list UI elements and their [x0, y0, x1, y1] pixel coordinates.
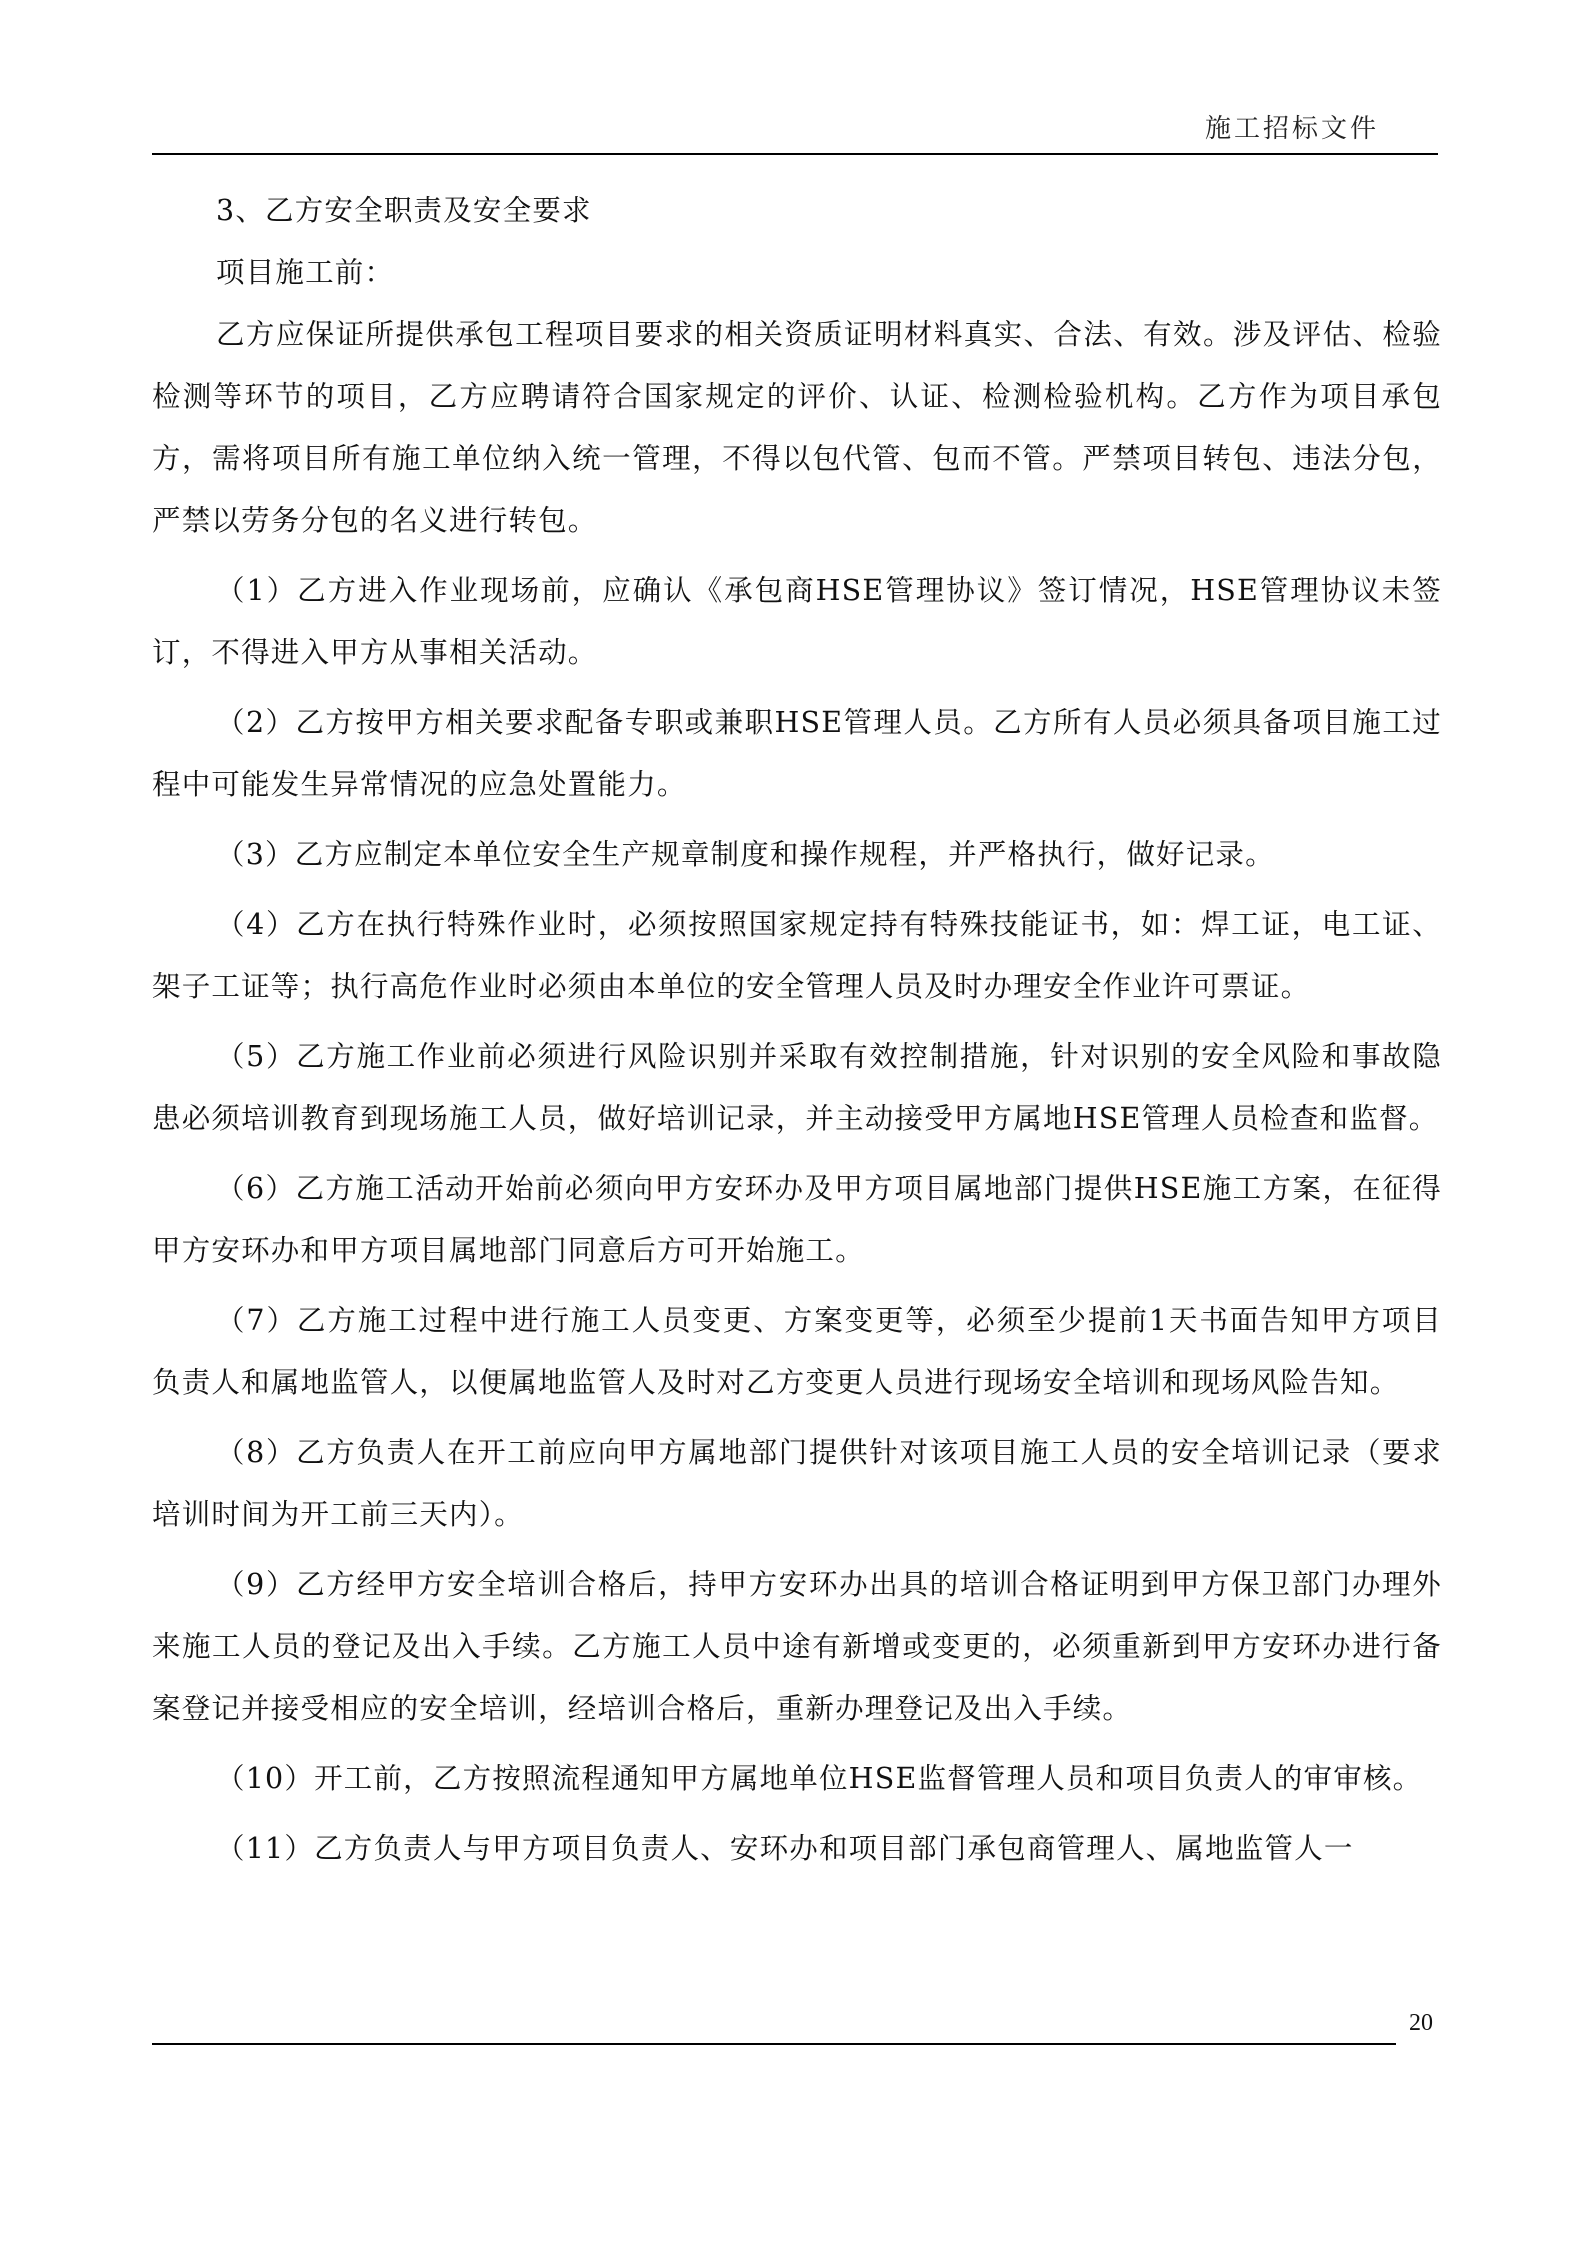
list-item: （8）乙方负责人在开工前应向甲方属地部门提供针对该项目施工人员的安全培训记录（要… — [152, 1422, 1442, 1546]
list-item: （11）乙方负责人与甲方项目负责人、安环办和项目部门承包商管理人、属地监管人一 — [152, 1818, 1442, 1880]
list-item: （2）乙方按甲方相关要求配备专职或兼职HSE管理人员。乙方所有人员必须具备项目施… — [152, 692, 1442, 816]
list-item: （5）乙方施工作业前必须进行风险识别并采取有效控制措施，针对识别的安全风险和事故… — [152, 1026, 1442, 1150]
list-item: （6）乙方施工活动开始前必须向甲方安环办及甲方项目属地部门提供HSE施工方案，在… — [152, 1158, 1442, 1282]
list-item: （4）乙方在执行特殊作业时，必须按照国家规定持有特殊技能证书，如：焊工证，电工证… — [152, 894, 1442, 1018]
list-item: （1）乙方进入作业现场前，应确认《承包商HSE管理协议》签订情况，HSE管理协议… — [152, 560, 1442, 684]
list-item: （9）乙方经甲方安全培训合格后，持甲方安环办出具的培训合格证明到甲方保卫部门办理… — [152, 1554, 1442, 1740]
footer-divider — [152, 2043, 1396, 2045]
document-title: 施工招标文件 — [1205, 108, 1379, 145]
list-item: （3）乙方应制定本单位安全生产规章制度和操作规程，并严格执行，做好记录。 — [152, 824, 1442, 886]
list-item: （7）乙方施工过程中进行施工人员变更、方案变更等，必须至少提前1天书面告知甲方项… — [152, 1290, 1442, 1414]
page-number: 20 — [1409, 2010, 1433, 2037]
page-body: 3、乙方安全职责及安全要求 项目施工前： 乙方应保证所提供承包工程项目要求的相关… — [152, 180, 1442, 1880]
section-subheading: 项目施工前： — [152, 242, 1442, 304]
section-heading: 3、乙方安全职责及安全要求 — [152, 180, 1442, 242]
intro-paragraph: 乙方应保证所提供承包工程项目要求的相关资质证明材料真实、合法、有效。涉及评估、检… — [152, 304, 1442, 552]
list-item: （10）开工前，乙方按照流程通知甲方属地单位HSE监督管理人员和项目负责人的审审… — [152, 1748, 1442, 1810]
header-divider — [152, 153, 1438, 155]
